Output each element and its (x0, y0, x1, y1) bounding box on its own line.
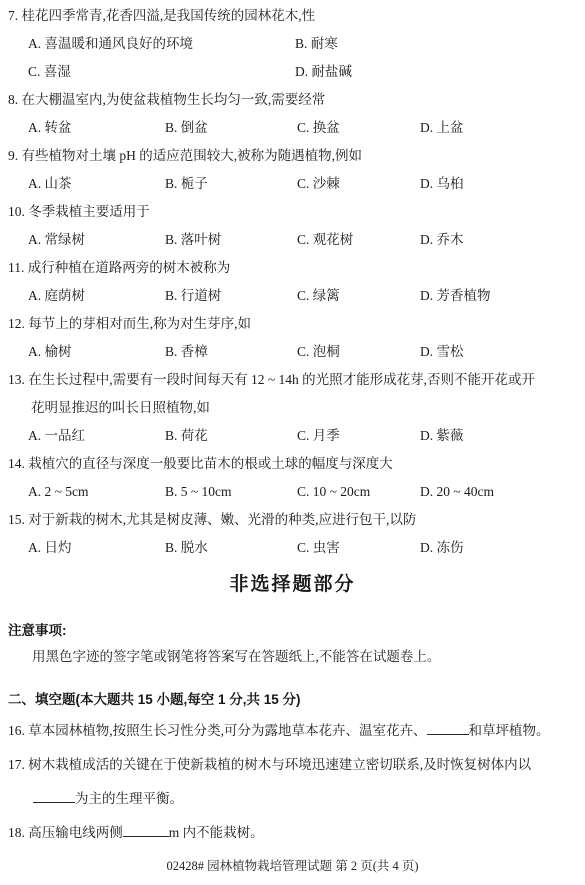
question-11-text: 11. 成行种植在道路两旁的树木被称为 (0, 254, 585, 282)
question-7-text: 7. 桂花四季常青,花香四溢,是我国传统的园林花木,性 (0, 2, 585, 30)
question-14-option-b: B. 5 ~ 10cm (165, 478, 232, 506)
question-12-text: 12. 每节上的芽相对而生,称为对生芽序,如 (0, 310, 585, 338)
question-11-option-a: A. 庭荫树 (28, 282, 85, 310)
question-15-option-b: B. 脱水 (165, 534, 208, 562)
question-13-option-b: B. 荷花 (165, 422, 208, 450)
question-10-options: A. 常绿树 B. 落叶树 C. 观花树 D. 乔木 (0, 226, 585, 254)
question-9-option-c: C. 沙棘 (297, 170, 340, 198)
question-10-option-c: C. 观花树 (297, 226, 353, 254)
question-9-text: 9. 有些植物对土壤 pH 的适应范围较大,被称为随遇植物,例如 (0, 142, 585, 170)
question-11-options: A. 庭荫树 B. 行道树 C. 绿篱 D. 芳香植物 (0, 282, 585, 310)
question-17-line2-post: 为主的生理平衡。 (75, 791, 183, 806)
question-8-options: A. 转盆 B. 倒盆 C. 换盆 D. 上盆 (0, 114, 585, 142)
question-12-options: A. 榆树 B. 香樟 C. 泡桐 D. 雪松 (0, 338, 585, 366)
question-8-option-d: D. 上盆 (420, 114, 464, 142)
question-9-options: A. 山茶 B. 栀子 C. 沙棘 D. 乌桕 (0, 170, 585, 198)
question-12-option-c: C. 泡桐 (297, 338, 340, 366)
question-8-option-a: A. 转盆 (28, 114, 72, 142)
question-13-option-a: A. 一品红 (28, 422, 85, 450)
question-7-option-a: A. 喜温暖和通风良好的环境 (28, 30, 193, 58)
question-17-text-line2: 为主的生理平衡。 (0, 782, 585, 816)
question-7-option-b: B. 耐寒 (295, 30, 338, 58)
question-10-text: 10. 冬季栽植主要适用于 (0, 198, 585, 226)
question-15-option-d: D. 冻伤 (420, 534, 464, 562)
question-8-option-c: C. 换盆 (297, 114, 340, 142)
question-13-text-line2: 花明显推迟的叫长日照植物,如 (0, 394, 585, 422)
question-12-option-a: A. 榆树 (28, 338, 72, 366)
question-15-options: A. 日灼 B. 脱水 C. 虫害 D. 冻伤 (0, 534, 585, 562)
question-17-blank-line (33, 789, 75, 803)
question-11-option-c: C. 绿篱 (297, 282, 340, 310)
question-10-option-a: A. 常绿树 (28, 226, 85, 254)
notice-title: 注意事项: (0, 618, 585, 644)
page-footer: 02428# 园林植物栽培管理试题 第 2 页(共 4 页) (0, 852, 585, 880)
question-7-options-row-2: C. 喜湿 D. 耐盐碱 (0, 58, 585, 86)
question-18-post: m 内不能栽树。 (169, 825, 264, 840)
question-10-option-d: D. 乔木 (420, 226, 464, 254)
question-18-text: 18. 高压输电线两侧m 内不能栽树。 (0, 816, 585, 850)
question-9-option-a: A. 山茶 (28, 170, 72, 198)
question-13-options: A. 一品红 B. 荷花 C. 月季 D. 紫薇 (0, 422, 585, 450)
question-8-text: 8. 在大棚温室内,为使盆栽植物生长均匀一致,需要经常 (0, 86, 585, 114)
question-14-options: A. 2 ~ 5cm B. 5 ~ 10cm C. 10 ~ 20cm D. 2… (0, 478, 585, 506)
question-7-options-row-1: A. 喜温暖和通风良好的环境 B. 耐寒 (0, 30, 585, 58)
exam-paper-page: 7. 桂花四季常青,花香四溢,是我国传统的园林花木,性 A. 喜温暖和通风良好的… (0, 0, 585, 885)
question-12-option-b: B. 香樟 (165, 338, 208, 366)
question-13-text-line1: 13. 在生长过程中,需要有一段时间每天有 12 ~ 14h 的光照才能形成花芽… (0, 366, 585, 394)
question-18-pre: 18. 高压输电线两侧 (8, 825, 123, 840)
question-14-text: 14. 栽植穴的直径与深度一般要比苗木的根或土球的幅度与深度大 (0, 450, 585, 478)
question-16-blank-line (427, 721, 469, 735)
section-heading: 非选择题部分 (0, 570, 585, 600)
question-17-text-line1: 17. 树木栽植成活的关键在于使新栽植的树木与环境迅速建立密切联系,及时恢复树体… (0, 748, 585, 782)
question-9-option-b: B. 栀子 (165, 170, 208, 198)
question-11-option-b: B. 行道树 (165, 282, 221, 310)
question-14-option-a: A. 2 ~ 5cm (28, 478, 89, 506)
question-13-option-d: D. 紫薇 (420, 422, 464, 450)
question-14-option-c: C. 10 ~ 20cm (297, 478, 370, 506)
question-15-option-c: C. 虫害 (297, 534, 340, 562)
question-13-option-c: C. 月季 (297, 422, 340, 450)
fill-section-heading: 二、填空题(本大题共 15 小题,每空 1 分,共 15 分) (0, 686, 585, 714)
question-18-blank-line (123, 823, 169, 837)
question-7-option-d: D. 耐盐碱 (295, 58, 352, 86)
question-14-option-d: D. 20 ~ 40cm (420, 478, 494, 506)
question-11-option-d: D. 芳香植物 (420, 282, 491, 310)
question-10-option-b: B. 落叶树 (165, 226, 221, 254)
question-12-option-d: D. 雪松 (420, 338, 464, 366)
question-7-option-c: C. 喜湿 (28, 58, 71, 86)
question-16-post: 和草坪植物。 (469, 723, 550, 738)
question-15-option-a: A. 日灼 (28, 534, 72, 562)
question-15-text: 15. 对于新栽的树木,尤其是树皮薄、嫩、光滑的种类,应进行包干,以防 (0, 506, 585, 534)
question-8-option-b: B. 倒盆 (165, 114, 208, 142)
question-16-pre: 16. 草本园林植物,按照生长习性分类,可分为露地草本花卉、温室花卉、 (8, 723, 427, 738)
notice-body: 用黑色字迹的签字笔或钢笔将答案写在答题纸上,不能答在试题卷上。 (0, 644, 585, 670)
question-16-text: 16. 草本园林植物,按照生长习性分类,可分为露地草本花卉、温室花卉、和草坪植物… (0, 714, 585, 748)
question-9-option-d: D. 乌桕 (420, 170, 464, 198)
